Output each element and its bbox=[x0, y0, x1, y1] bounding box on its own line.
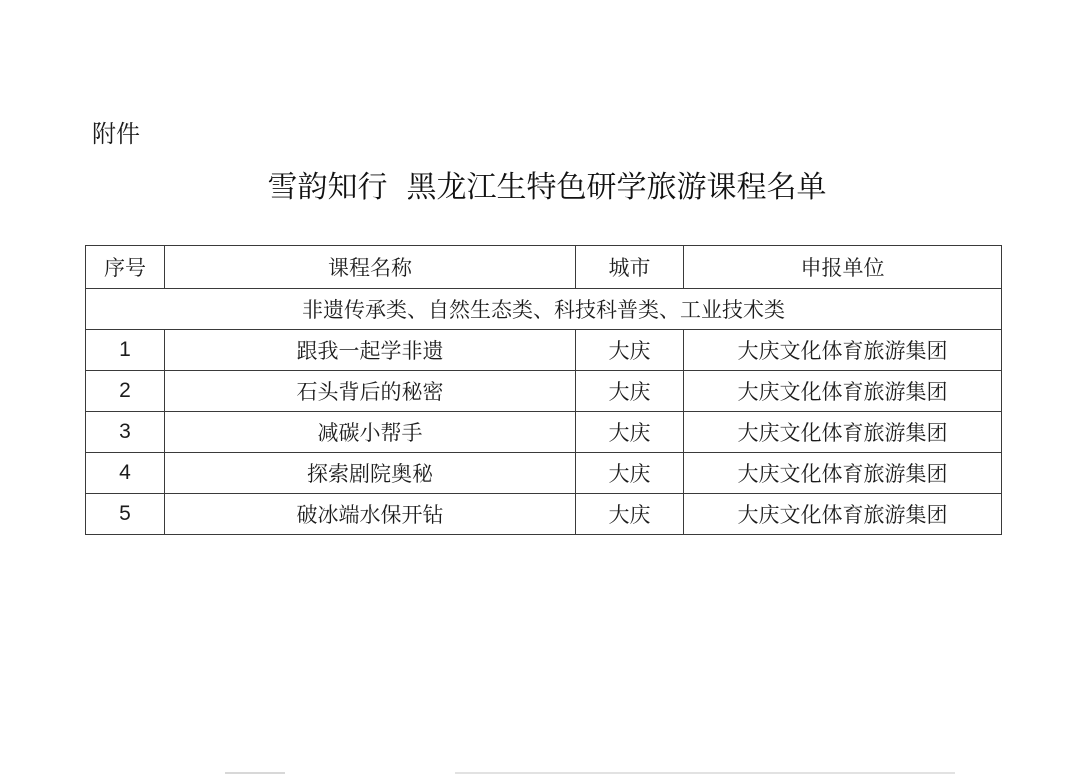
cell-no: 2 bbox=[86, 371, 165, 412]
cell-no: 5 bbox=[86, 494, 165, 535]
cell-city: 大庆 bbox=[576, 371, 684, 412]
cell-no: 3 bbox=[86, 412, 165, 453]
cell-unit: 大庆文化体育旅游集团 bbox=[684, 494, 1002, 535]
cell-course-name: 跟我一起学非遗 bbox=[165, 330, 576, 371]
cell-no: 4 bbox=[86, 453, 165, 494]
cell-unit: 大庆文化体育旅游集团 bbox=[684, 453, 1002, 494]
document-page: 附件 雪韵知行 黑龙江生特色研学旅游课程名单 序号 课程名称 城市 申报单位 非… bbox=[0, 0, 1080, 775]
table-row: 1 跟我一起学非遗 大庆 大庆文化体育旅游集团 bbox=[86, 330, 1002, 371]
cell-course-name: 减碳小帮手 bbox=[165, 412, 576, 453]
cell-course-name: 探索剧院奥秘 bbox=[165, 453, 576, 494]
document-title: 雪韵知行 黑龙江生特色研学旅游课程名单 bbox=[0, 166, 1080, 210]
table-row: 5 破冰端水保开钻 大庆 大庆文化体育旅游集团 bbox=[86, 494, 1002, 535]
cell-city: 大庆 bbox=[576, 412, 684, 453]
cell-unit: 大庆文化体育旅游集团 bbox=[684, 330, 1002, 371]
attachment-label: 附件 bbox=[92, 118, 140, 150]
category-row: 非遗传承类、自然生态类、科技科普类、工业技术类 bbox=[86, 289, 1002, 330]
header-city: 城市 bbox=[576, 246, 684, 289]
header-unit: 申报单位 bbox=[684, 246, 1002, 289]
cell-unit: 大庆文化体育旅游集团 bbox=[684, 412, 1002, 453]
cell-city: 大庆 bbox=[576, 330, 684, 371]
scan-artifact bbox=[225, 772, 285, 774]
table-row: 2 石头背后的秘密 大庆 大庆文化体育旅游集团 bbox=[86, 371, 1002, 412]
header-course-name: 课程名称 bbox=[165, 246, 576, 289]
scan-artifact bbox=[455, 772, 955, 774]
cell-no: 1 bbox=[86, 330, 165, 371]
cell-city: 大庆 bbox=[576, 453, 684, 494]
table-header-row: 序号 课程名称 城市 申报单位 bbox=[86, 246, 1002, 289]
cell-course-name: 石头背后的秘密 bbox=[165, 371, 576, 412]
cell-unit: 大庆文化体育旅游集团 bbox=[684, 371, 1002, 412]
course-list-table: 序号 课程名称 城市 申报单位 非遗传承类、自然生态类、科技科普类、工业技术类 … bbox=[85, 245, 1002, 535]
header-no: 序号 bbox=[86, 246, 165, 289]
cell-course-name: 破冰端水保开钻 bbox=[165, 494, 576, 535]
table-row: 3 减碳小帮手 大庆 大庆文化体育旅游集团 bbox=[86, 412, 1002, 453]
category-cell: 非遗传承类、自然生态类、科技科普类、工业技术类 bbox=[86, 289, 1002, 330]
table-row: 4 探索剧院奥秘 大庆 大庆文化体育旅游集团 bbox=[86, 453, 1002, 494]
cell-city: 大庆 bbox=[576, 494, 684, 535]
